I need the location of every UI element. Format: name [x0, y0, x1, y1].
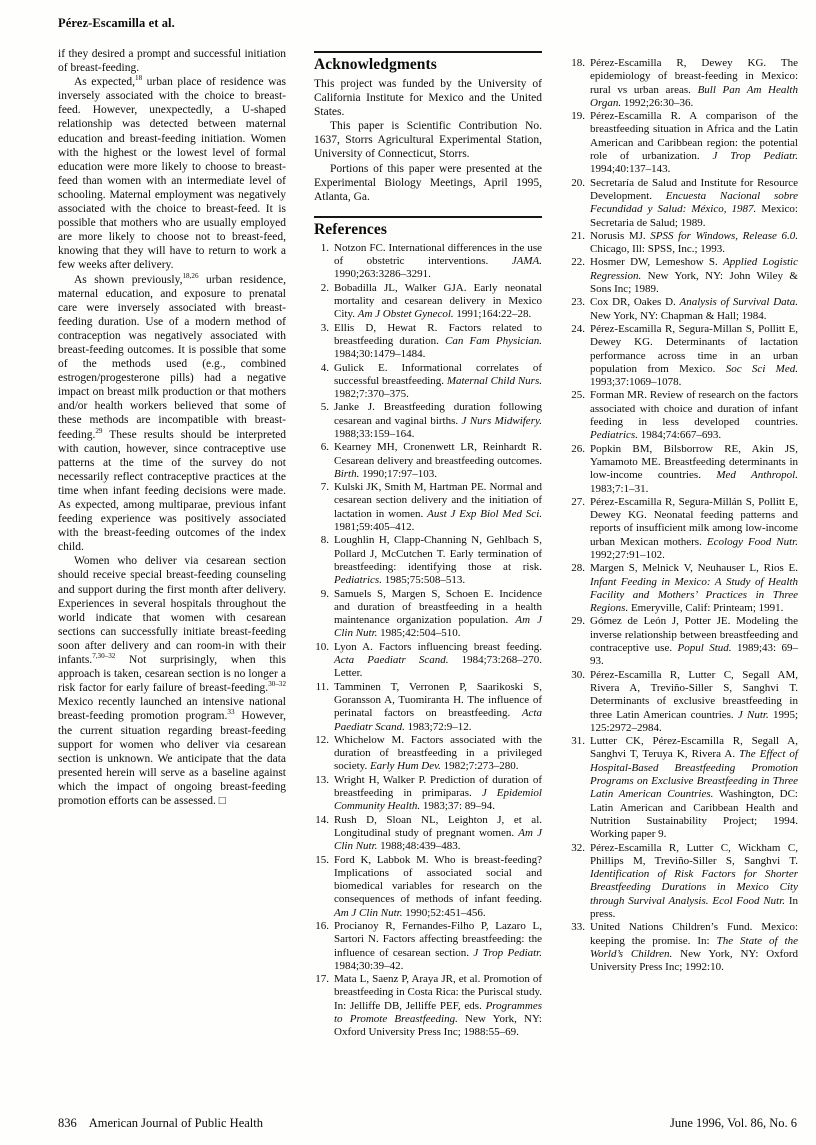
- reference-text: Pérez-Escamilla R, Dewey KG. The epidemi…: [590, 57, 798, 110]
- reference-text: Procianoy R, Fernandes-Filho P, Lazaro L…: [334, 920, 542, 973]
- reference-number: 19.: [570, 110, 590, 176]
- reference-number: 20.: [570, 177, 590, 230]
- running-head: Pérez-Escamilla et al.: [58, 16, 797, 31]
- reference-item: 3. Ellis D, Hewat R. Factors related to …: [314, 322, 542, 362]
- references-list-col2: 18. Pérez-Escamilla R, Dewey KG. The epi…: [570, 57, 798, 974]
- reference-text: Pérez-Escamilla R. A comparison of the b…: [590, 110, 798, 176]
- reference-text: Margen S, Melnick V, Neuhauser L, Rios E…: [590, 562, 798, 615]
- reference-item: 18. Pérez-Escamilla R, Dewey KG. The epi…: [570, 57, 798, 110]
- reference-item: 26. Popkin BM, Bilsborrow RE, Akin JS, Y…: [570, 443, 798, 496]
- reference-text: Samuels S, Margen S, Schoen E. Incidence…: [334, 588, 542, 641]
- reference-number: 8.: [314, 534, 334, 587]
- reference-text: Forman MR. Review of research on the fac…: [590, 389, 798, 442]
- reference-item: 25. Forman MR. Review of research on the…: [570, 389, 798, 442]
- reference-number: 31.: [570, 735, 590, 841]
- reference-item: 23. Cox DR, Oakes D. Analysis of Surviva…: [570, 296, 798, 323]
- reference-item: 2. Bobadilla JL, Walker GJA. Early neona…: [314, 282, 542, 322]
- reference-item: 20. Secretaría de Salud and Institute fo…: [570, 177, 798, 230]
- section-rule: [314, 51, 542, 53]
- reference-number: 1.: [314, 242, 334, 282]
- reference-number: 11.: [314, 681, 334, 734]
- reference-text: Janke J. Breastfeeding duration followin…: [334, 401, 542, 441]
- reference-item: 33. United Nations Children’s Fund. Mexi…: [570, 921, 798, 974]
- acknowledgments-paragraph: This paper is Scientific Contribution No…: [314, 119, 542, 161]
- reference-number: 7.: [314, 481, 334, 534]
- reference-number: 18.: [570, 57, 590, 110]
- reference-text: Ellis D, Hewat R. Factors related to bre…: [334, 322, 542, 362]
- reference-number: 28.: [570, 562, 590, 615]
- body-paragraph: Women who deliver via cesarean section s…: [58, 554, 286, 808]
- reference-number: 17.: [314, 973, 334, 1039]
- column-right: 18. Pérez-Escamilla R, Dewey KG. The epi…: [570, 47, 798, 1040]
- reference-text: Pérez-Escamilla R, Lutter C, Segall AM, …: [590, 669, 798, 735]
- reference-item: 17. Mata L, Saenz P, Araya JR, et al. Pr…: [314, 973, 542, 1039]
- reference-number: 13.: [314, 774, 334, 814]
- reference-item: 5. Janke J. Breastfeeding duration follo…: [314, 401, 542, 441]
- reference-item: 31. Lutter CK, Pérez-Escamilla R, Segall…: [570, 735, 798, 841]
- reference-number: 14.: [314, 814, 334, 854]
- page-number: 836: [58, 1116, 77, 1130]
- reference-text: Lyon A. Factors influencing breast feedi…: [334, 641, 542, 681]
- reference-text: Kearney MH, Cronenwett LR, Reinhardt R. …: [334, 441, 542, 481]
- reference-text: Norusis MJ. SPSS for Windows, Release 6.…: [590, 230, 798, 257]
- reference-item: 19. Pérez-Escamilla R. A comparison of t…: [570, 110, 798, 176]
- reference-text: Pérez-Escamilla R, Segura-Millan S, Poll…: [590, 323, 798, 389]
- journal-name: American Journal of Public Health: [89, 1116, 263, 1130]
- reference-item: 10. Lyon A. Factors influencing breast f…: [314, 641, 542, 681]
- reference-item: 28. Margen S, Melnick V, Neuhauser L, Ri…: [570, 562, 798, 615]
- acknowledgments-paragraph: Portions of this paper were presented at…: [314, 162, 542, 204]
- acknowledgments-heading: Acknowledgments: [314, 56, 542, 74]
- section-rule: [314, 216, 542, 218]
- reference-item: 1. Notzon FC. International differences …: [314, 242, 542, 282]
- reference-number: 32.: [570, 842, 590, 922]
- reference-item: 21. Norusis MJ. SPSS for Windows, Releas…: [570, 230, 798, 257]
- reference-number: 9.: [314, 588, 334, 641]
- reference-number: 26.: [570, 443, 590, 496]
- reference-number: 12.: [314, 734, 334, 774]
- reference-number: 29.: [570, 615, 590, 668]
- reference-text: Gómez de León J, Potter JE. Modeling the…: [590, 615, 798, 668]
- reference-number: 16.: [314, 920, 334, 973]
- reference-number: 6.: [314, 441, 334, 481]
- footer-issue: June 1996, Vol. 86, No. 6: [670, 1116, 797, 1131]
- reference-number: 24.: [570, 323, 590, 389]
- reference-item: 4. Gulick E. Informational correlates of…: [314, 362, 542, 402]
- reference-number: 21.: [570, 230, 590, 257]
- reference-item: 32. Pérez-Escamilla R, Lutter C, Wickham…: [570, 842, 798, 922]
- body-paragraph: As expected,18 urban place of residence …: [58, 75, 286, 272]
- reference-item: 29. Gómez de León J, Potter JE. Modeling…: [570, 615, 798, 668]
- acknowledgments-text: This project was funded by the Universit…: [314, 77, 542, 204]
- reference-item: 11. Tamminen T, Verronen P, Saarikoski S…: [314, 681, 542, 734]
- page-footer: 836American Journal of Public Health Jun…: [0, 1116, 816, 1131]
- reference-item: 6. Kearney MH, Cronenwett LR, Reinhardt …: [314, 441, 542, 481]
- reference-number: 4.: [314, 362, 334, 402]
- acknowledgments-paragraph: This project was funded by the Universit…: [314, 77, 542, 119]
- reference-item: 22. Hosmer DW, Lemeshow S. Applied Logis…: [570, 256, 798, 296]
- reference-item: 13. Wright H, Walker P. Prediction of du…: [314, 774, 542, 814]
- reference-text: Ford K, Labbok M. Who is breast-feeding?…: [334, 854, 542, 920]
- reference-number: 10.: [314, 641, 334, 681]
- reference-text: Kulski JK, Smith M, Hartman PE. Normal a…: [334, 481, 542, 534]
- reference-number: 25.: [570, 389, 590, 442]
- reference-text: Pérez-Escamilla R, Lutter C, Wickham C, …: [590, 842, 798, 922]
- body-paragraph: if they desired a prompt and successful …: [58, 47, 286, 75]
- body-paragraph: As shown previously,18,26 urban residenc…: [58, 273, 286, 555]
- reference-item: 15. Ford K, Labbok M. Who is breast-feed…: [314, 854, 542, 920]
- reference-number: 23.: [570, 296, 590, 323]
- reference-item: 7. Kulski JK, Smith M, Hartman PE. Norma…: [314, 481, 542, 534]
- reference-number: 5.: [314, 401, 334, 441]
- reference-text: Loughlin H, Clapp-Channing N, Gehlbach S…: [334, 534, 542, 587]
- reference-text: Secretaría de Salud and Institute for Re…: [590, 177, 798, 230]
- reference-item: 30. Pérez-Escamilla R, Lutter C, Segall …: [570, 669, 798, 735]
- reference-text: Tamminen T, Verronen P, Saarikoski S, Go…: [334, 681, 542, 734]
- references-heading: References: [314, 221, 542, 239]
- journal-page: Pérez-Escamilla et al. if they desired a…: [0, 0, 816, 1145]
- reference-item: 27. Pérez-Escamilla R, Segura-Millán S, …: [570, 496, 798, 562]
- footer-left: 836American Journal of Public Health: [58, 1116, 263, 1131]
- reference-text: Hosmer DW, Lemeshow S. Applied Logistic …: [590, 256, 798, 296]
- references-list-col1: 1. Notzon FC. International differences …: [314, 242, 542, 1040]
- reference-text: Gulick E. Informational correlates of su…: [334, 362, 542, 402]
- reference-item: 8. Loughlin H, Clapp-Channing N, Gehlbac…: [314, 534, 542, 587]
- reference-item: 24. Pérez-Escamilla R, Segura-Millan S, …: [570, 323, 798, 389]
- reference-item: 9. Samuels S, Margen S, Schoen E. Incide…: [314, 588, 542, 641]
- reference-number: 27.: [570, 496, 590, 562]
- reference-number: 33.: [570, 921, 590, 974]
- reference-number: 22.: [570, 256, 590, 296]
- discussion-text: if they desired a prompt and successful …: [58, 47, 286, 808]
- reference-number: 3.: [314, 322, 334, 362]
- reference-text: Rush D, Sloan NL, Leighton J, et al. Lon…: [334, 814, 542, 854]
- reference-number: 2.: [314, 282, 334, 322]
- reference-text: Cox DR, Oakes D. Analysis of Survival Da…: [590, 296, 798, 323]
- reference-text: United Nations Children’s Fund. Mexico: …: [590, 921, 798, 974]
- column-left: if they desired a prompt and successful …: [58, 47, 286, 1040]
- reference-item: 16. Procianoy R, Fernandes-Filho P, Laza…: [314, 920, 542, 973]
- reference-text: Notzon FC. International differences in …: [334, 242, 542, 282]
- reference-text: Popkin BM, Bilsborrow RE, Akin JS, Yamam…: [590, 443, 798, 496]
- reference-text: Wright H, Walker P. Prediction of durati…: [334, 774, 542, 814]
- content-columns: if they desired a prompt and successful …: [58, 47, 797, 1040]
- reference-text: Bobadilla JL, Walker GJA. Early neonatal…: [334, 282, 542, 322]
- reference-number: 15.: [314, 854, 334, 920]
- reference-number: 30.: [570, 669, 590, 735]
- reference-item: 12. Whichelow M. Factors associated with…: [314, 734, 542, 774]
- reference-text: Lutter CK, Pérez-Escamilla R, Segall A, …: [590, 735, 798, 841]
- reference-text: Mata L, Saenz P, Araya JR, et al. Promot…: [334, 973, 542, 1039]
- reference-item: 14. Rush D, Sloan NL, Leighton J, et al.…: [314, 814, 542, 854]
- reference-text: Whichelow M. Factors associated with the…: [334, 734, 542, 774]
- reference-text: Pérez-Escamilla R, Segura-Millán S, Poll…: [590, 496, 798, 562]
- column-middle: Acknowledgments This project was funded …: [314, 47, 542, 1040]
